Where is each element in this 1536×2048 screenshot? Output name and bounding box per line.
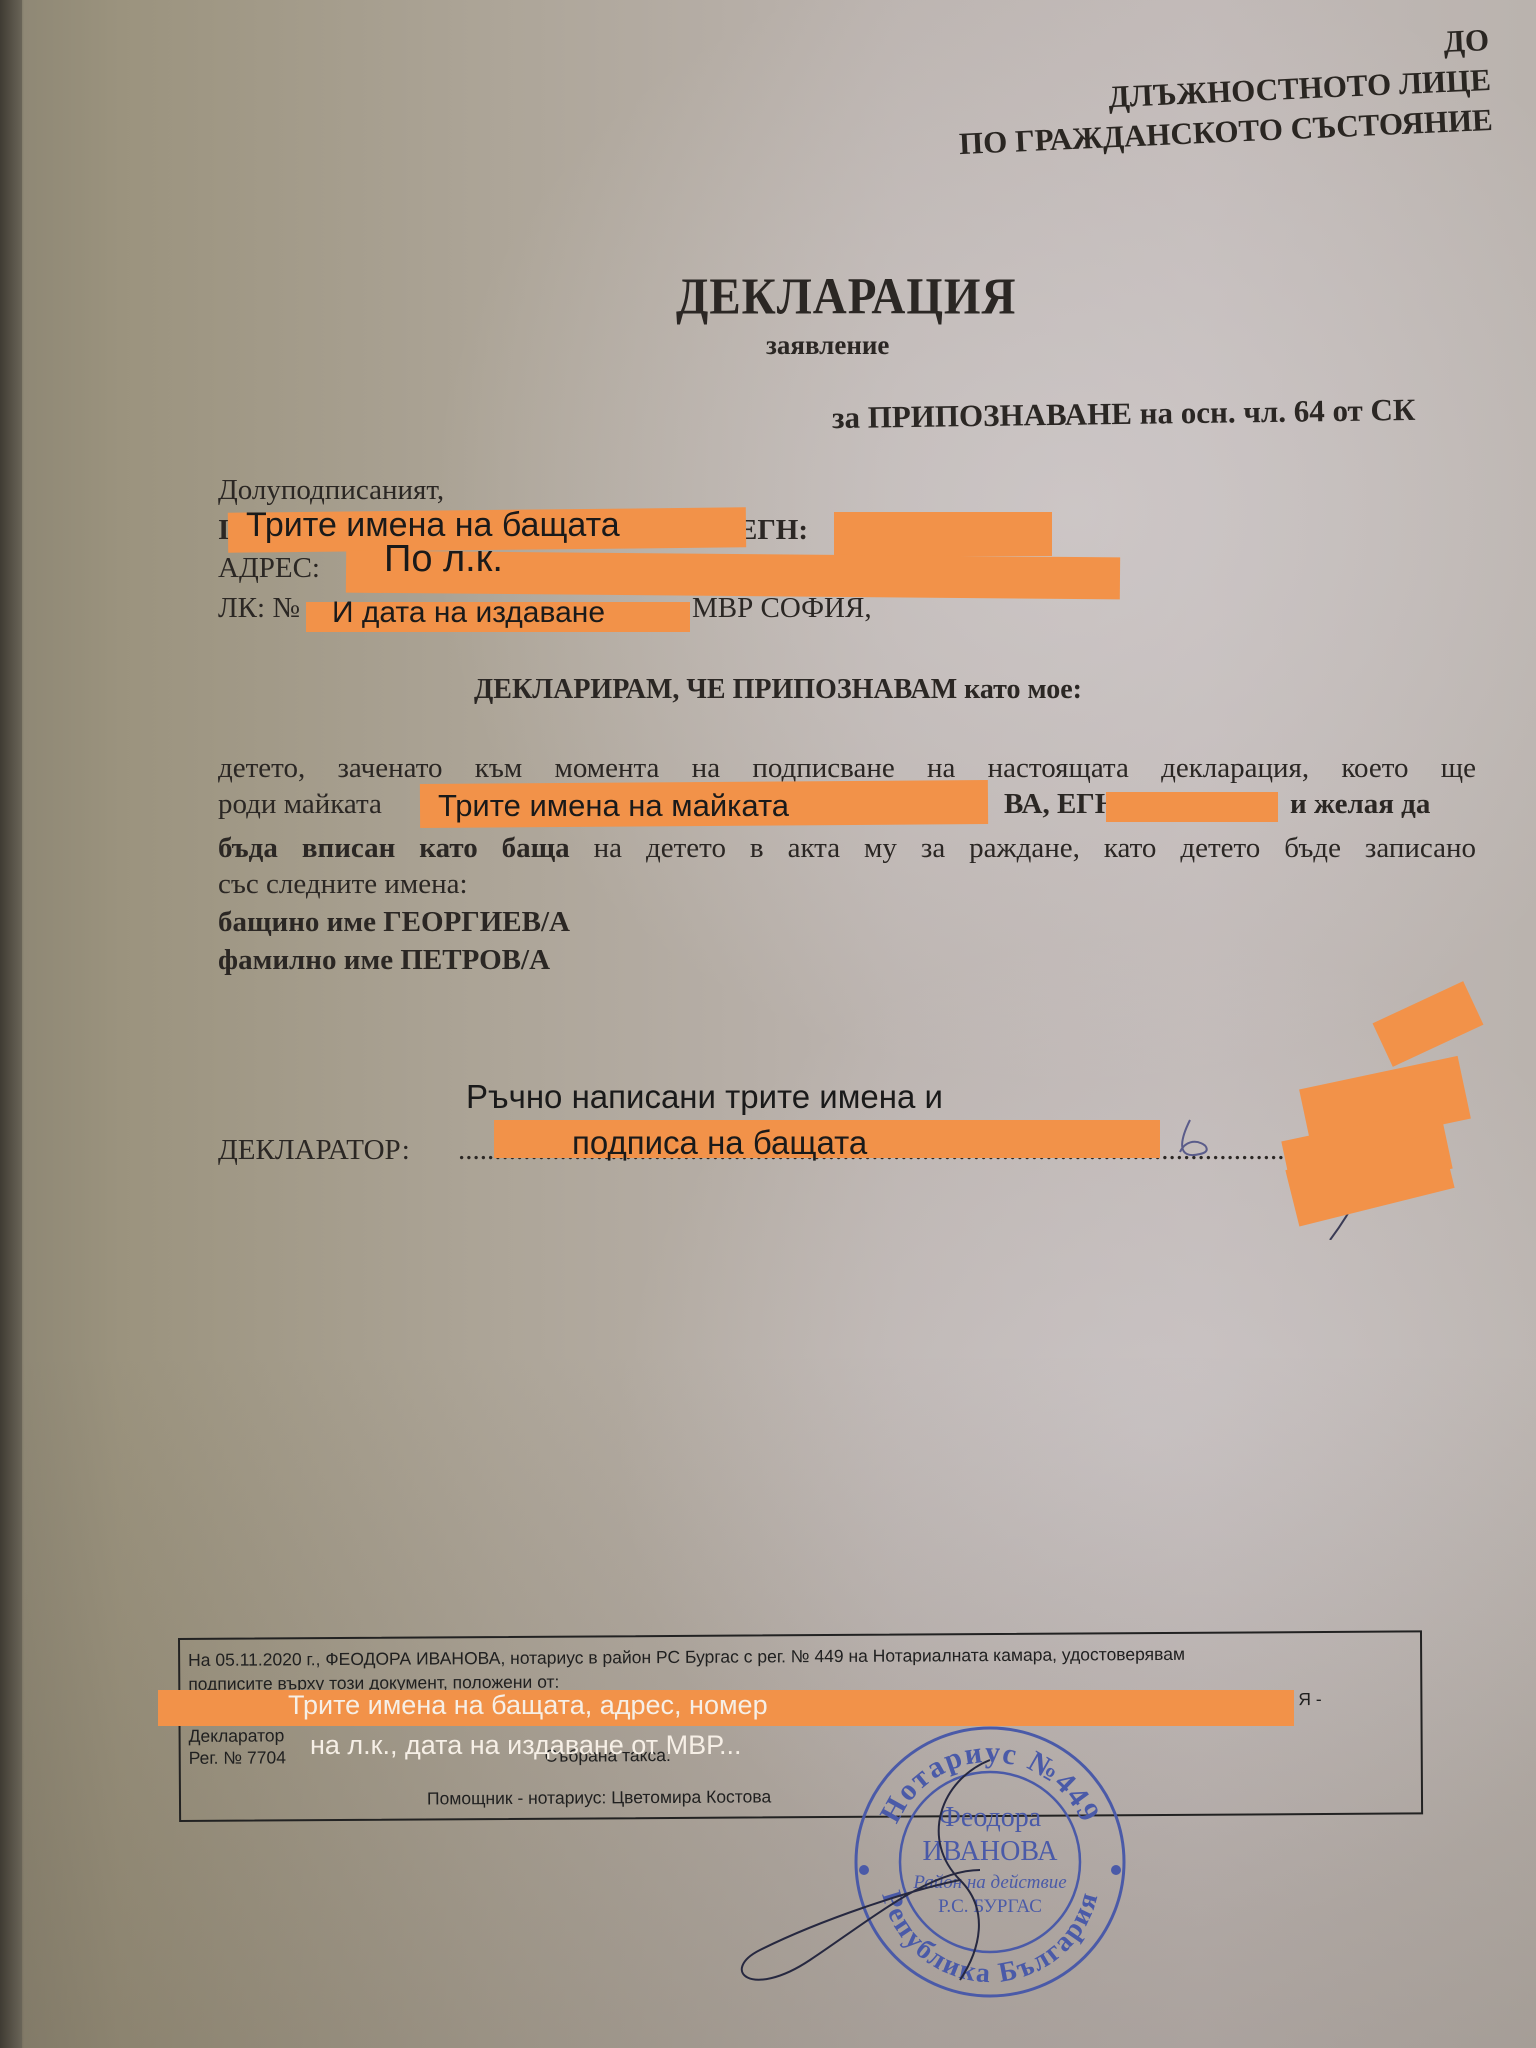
redaction-mother-egn bbox=[1106, 792, 1278, 822]
annotation-address: По л.к. bbox=[384, 538, 503, 581]
annotation-notary-line-1: Трите имена на бащата, адрес, номер bbox=[288, 1690, 768, 1721]
address-label: АДРЕС: bbox=[218, 552, 320, 585]
notary-line-3-tail: Я - bbox=[1298, 1689, 1321, 1710]
paragraph-line-2-start: роди майката bbox=[218, 788, 382, 821]
paper-left-edge bbox=[0, 0, 22, 2048]
paragraph-line-3-rest: на детето в акта му за раждане, като дет… bbox=[594, 832, 1476, 864]
notary-signature-ink bbox=[730, 1720, 1130, 2020]
recipient-block: ДО ДЛЪЖНОСТНОТО ЛИЦЕ ПО ГРАЖДАНСКОТО СЪС… bbox=[954, 20, 1493, 164]
child-patronymic: бащино име ГЕОРГИЕВ/А bbox=[218, 906, 570, 939]
notary-role: Декларатор bbox=[189, 1725, 285, 1747]
annotation-signature-line-1: Ръчно написани трите имена и bbox=[466, 1078, 943, 1116]
declarant-intro: Долуподписаният, bbox=[218, 474, 444, 507]
notary-assistant: Помощник - нотариус: Цветомира Костова bbox=[427, 1786, 771, 1809]
annotation-mother-name: Трите имена на майката bbox=[438, 788, 789, 824]
notary-line-1: На 05.11.2020 г., ФЕОДОРА ИВАНОВА, нотар… bbox=[188, 1644, 1185, 1671]
egn-label: ЕГН: bbox=[738, 514, 808, 547]
id-label: ЛК: № bbox=[218, 592, 300, 625]
declaration-heading: ДЕКЛАРИРАМ, ЧЕ ПРИПОЗНАВАМ като мое: bbox=[474, 674, 1082, 706]
notary-reg-number: Рег. № 7704 bbox=[189, 1747, 286, 1769]
signature-label: ДЕКЛАРАТОР: bbox=[218, 1134, 410, 1167]
paragraph-line-2-end: и желая да bbox=[1290, 788, 1430, 821]
paragraph-line-4: със следните имена: bbox=[218, 868, 468, 901]
child-surname: фамилно име ПЕТРОВ/А bbox=[218, 944, 550, 977]
paragraph-line-3-bold: бъда вписан като баща bbox=[218, 832, 570, 864]
declaration-heading-bold: ДЕКЛАРИРАМ, ЧЕ ПРИПОЗНАВАМ bbox=[474, 674, 957, 705]
document-subtitle: заявление bbox=[766, 330, 889, 361]
paragraph-line-3: бъда вписан като баща на детето в акта м… bbox=[218, 828, 1476, 868]
document-title: ДЕКЛАРАЦИЯ bbox=[676, 267, 1016, 326]
annotation-signature-line-2: подписа на бащата bbox=[572, 1124, 867, 1162]
declaration-heading-rest: като мое: bbox=[964, 674, 1082, 705]
redaction-father-egn bbox=[834, 512, 1052, 556]
annotation-notary-line-2: на л.к., дата на издаване от МВР... bbox=[310, 1730, 742, 1761]
annotation-id-date: И дата на издаване bbox=[332, 596, 605, 630]
